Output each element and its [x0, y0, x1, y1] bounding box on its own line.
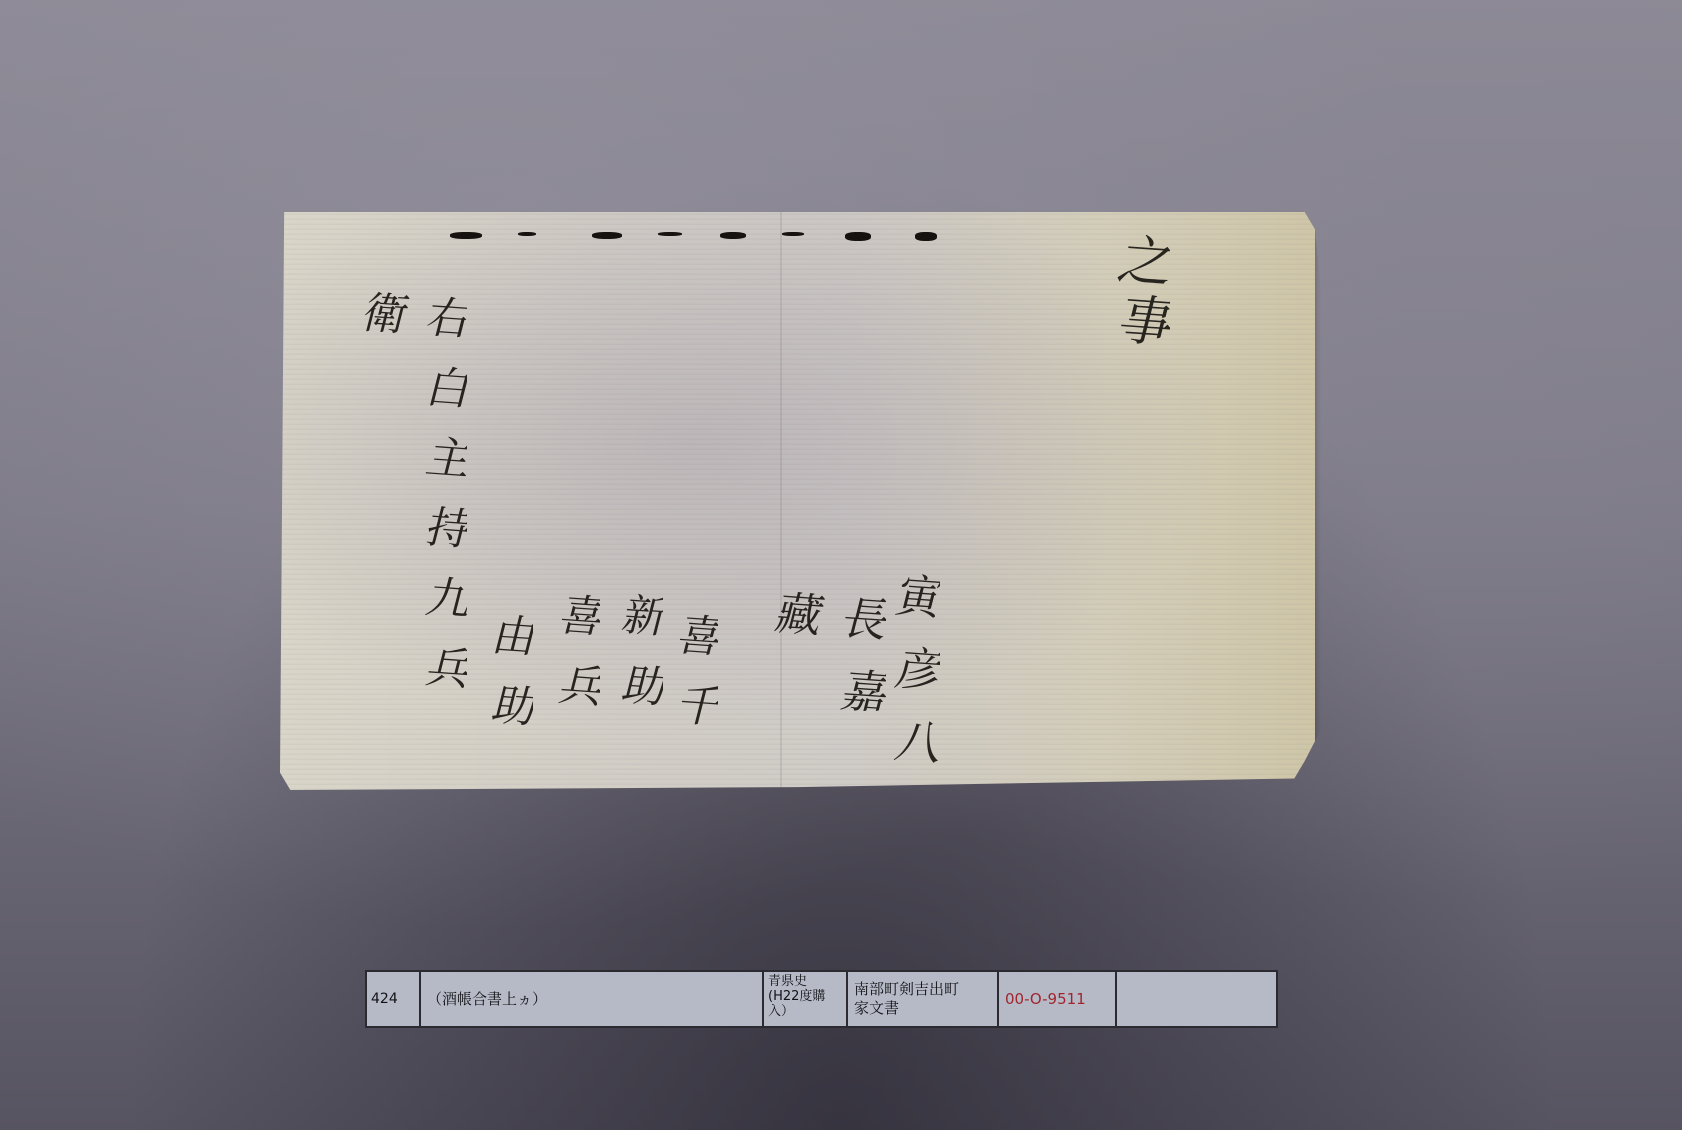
- label-collection-line: 南部町剣吉出町: [854, 980, 959, 999]
- ink-dash: [915, 232, 937, 241]
- label-collection-line: 家文書: [854, 999, 959, 1018]
- document-text-column: 之事: [1100, 229, 1177, 474]
- ink-dash: [845, 232, 871, 241]
- label-collection: 南部町剣吉出町 家文書: [848, 972, 999, 1026]
- document-text-column: 喜 兵: [542, 590, 606, 774]
- ink-dash: [592, 232, 622, 239]
- document-text-column: 長 嘉 藏: [760, 587, 892, 786]
- catalog-label-strip: 424 （酒帳合書上ヵ） 青県史 (H22度購 入） 南部町剣吉出町 家文書 0…: [365, 970, 1278, 1028]
- historical-document-paper: 之事 寅 彦 八 長 嘉 藏 喜 千 新 助 喜 兵 由 助 右 白 主 持 九…: [280, 212, 1315, 790]
- ink-dash: [450, 232, 482, 239]
- ink-dash: [720, 232, 746, 239]
- label-catalog-id: 00-O-9511: [999, 972, 1117, 1026]
- document-text-column: 新 助: [605, 590, 669, 764]
- label-source: 青県史 (H22度購 入）: [764, 972, 848, 1026]
- ink-dash: [658, 232, 682, 236]
- label-source-line: (H22度購: [768, 989, 825, 1004]
- document-text-column: 由 助: [475, 610, 539, 784]
- ink-dash: [518, 232, 536, 236]
- ink-dash: [782, 232, 804, 236]
- label-title: （酒帳合書上ヵ）: [421, 972, 764, 1026]
- label-number: 424: [367, 972, 421, 1026]
- document-text-column: 喜 千: [660, 610, 724, 774]
- label-source-line: 入）: [768, 1004, 794, 1019]
- label-source-line: 青県史: [768, 974, 807, 989]
- label-notes: [1117, 972, 1276, 1026]
- document-text-column: 右 白 主 持 九 兵 衛: [345, 288, 473, 737]
